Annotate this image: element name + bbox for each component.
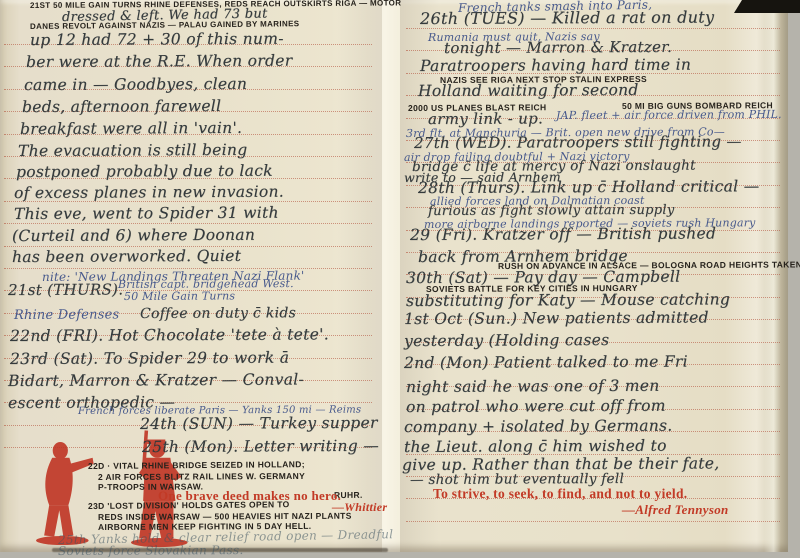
printed-quote-whittier: One brave deed makes no hero. [158, 489, 341, 502]
printed-quote-tennyson-attribution: —Alfred Tennyson [622, 503, 729, 516]
diary-scan: 21ST 50 MILE GAIN TURNS RHINE DEFENSES, … [0, 0, 800, 558]
printed-quote-whittier-attribution: —Whittier [332, 501, 387, 513]
photo-corner-black [734, 0, 800, 13]
printed-quote-tennyson: To strive, to seek, to find, and not to … [433, 487, 687, 501]
